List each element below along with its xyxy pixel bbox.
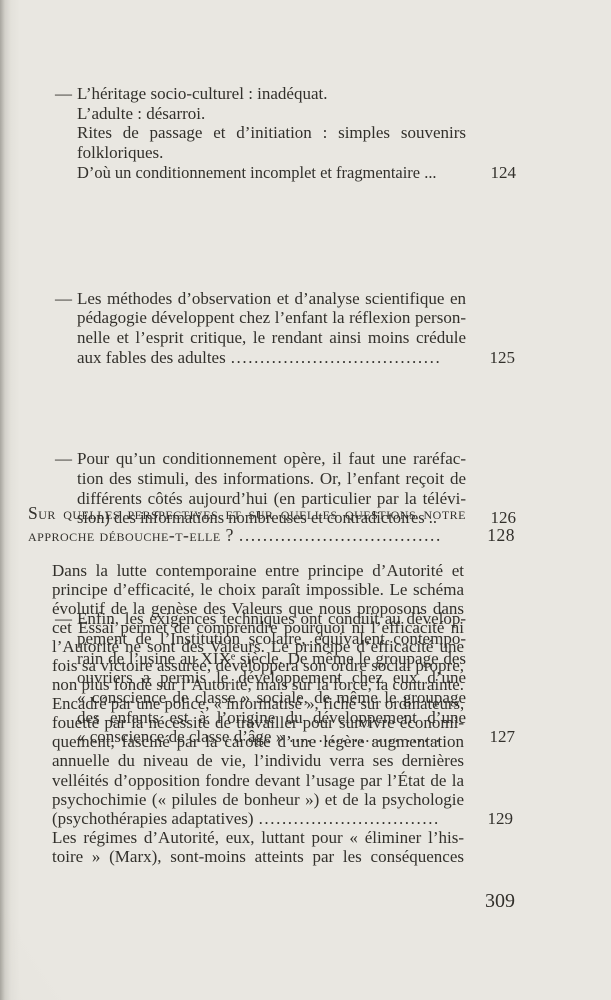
toc-line: aux fables des adultes [77, 348, 226, 368]
paragraph-line: évolutif de la genèse des Valeurs que no… [52, 599, 464, 618]
toc-line: nelle et l’esprit critique, le rendant a… [77, 328, 466, 348]
paragraph-line: annuelle du niveau de vie, l’individu ve… [52, 751, 464, 770]
paragraph-line: principe d’efficacité, le choix paraît i… [52, 580, 464, 599]
dash-marker: — [55, 84, 72, 104]
section-heading-tail: approche débouche-t-elle ? .............… [28, 524, 515, 546]
summary-paragraph: Dans la lutte contemporaine entre princi… [52, 561, 513, 866]
toc-entry-tail: aux fables des adultes .................… [77, 348, 515, 368]
paragraph-line: (psychothérapies adaptatives) [52, 809, 254, 828]
paragraph-line: velléités d’opposition fondre devant l’u… [52, 771, 464, 790]
toc-line: D’où un conditionnement incomplet et fra… [77, 163, 425, 183]
toc-line: tion des stimuli, des informations. Or, … [77, 469, 466, 489]
paragraph-line: non plus fondé sur l’Autorité, mais sur … [52, 675, 460, 694]
paragraph-line: fouetté par la nécessité de travailler p… [52, 713, 464, 732]
toc-line: Les méthodes d’observation et d’analyse … [77, 289, 466, 309]
toc-entry-methodes: — Les méthodes d’observation et d’analys… [55, 289, 515, 368]
dotted-leader: ........................................… [231, 348, 441, 368]
dotted-leader: ........................................… [239, 524, 441, 546]
paragraph-line: fois sa victoire assurée, développera so… [52, 656, 464, 675]
dash-marker: — [55, 449, 72, 469]
page-ref: 129 [465, 809, 513, 828]
toc-entry-conditionnement: — L’héritage socio-culturel : inadéquat.… [55, 84, 515, 183]
toc-line: L’adulte : désarroi. [77, 104, 466, 124]
section-heading-line: Sur quelles perspectives et sur quelles … [28, 502, 466, 524]
paragraph-line: Encadré par une police, « informatisé »,… [52, 694, 456, 713]
toc-line: pédagogie développent chez l’enfant la r… [77, 308, 466, 328]
toc-line: folkloriques. [77, 143, 466, 163]
paragraph-tail: (psychothérapies adaptatives) ..........… [52, 809, 513, 828]
toc-line: Pour qu’un conditionnement opère, il fau… [77, 449, 466, 469]
toc-entry-tail: D’où un conditionnement incomplet et fra… [77, 163, 515, 183]
dash-marker: — [55, 289, 72, 309]
section-heading: Sur quelles perspectives et sur quelles … [28, 502, 515, 546]
paragraph-line: psychochimie (« pilules de bonheur ») et… [52, 790, 464, 809]
page-ref: 128 [467, 524, 515, 546]
toc-line: Rites de passage et d’initiation : simpl… [77, 123, 466, 143]
dotted-leader: ........................................… [259, 809, 439, 828]
page-ref: 124 [468, 163, 516, 183]
book-page: — L’héritage socio-culturel : inadéquat.… [0, 0, 611, 1000]
toc-line: L’héritage socio-culturel : inadéquat. [77, 84, 466, 104]
paragraph-line: quement, fasciné par la carotte d’une lé… [52, 732, 464, 751]
paragraph-line: l’Autorité ne sont des Valeurs. Le princ… [52, 637, 464, 656]
page-ref: 125 [467, 348, 515, 368]
paragraph-line: Les régimes d’Autorité, eux, luttant pou… [52, 828, 464, 847]
section-heading-line: approche débouche-t-elle ? [28, 524, 234, 546]
paragraph-line: Dans la lutte contemporaine entre princi… [52, 561, 464, 580]
paragraph-line: toire » (Marx), sont-moins atteints par … [52, 847, 464, 866]
folio-page-number: 309 [0, 889, 515, 913]
paragraph-line: cet Essai permet de comprendre pourquoi … [52, 618, 464, 637]
